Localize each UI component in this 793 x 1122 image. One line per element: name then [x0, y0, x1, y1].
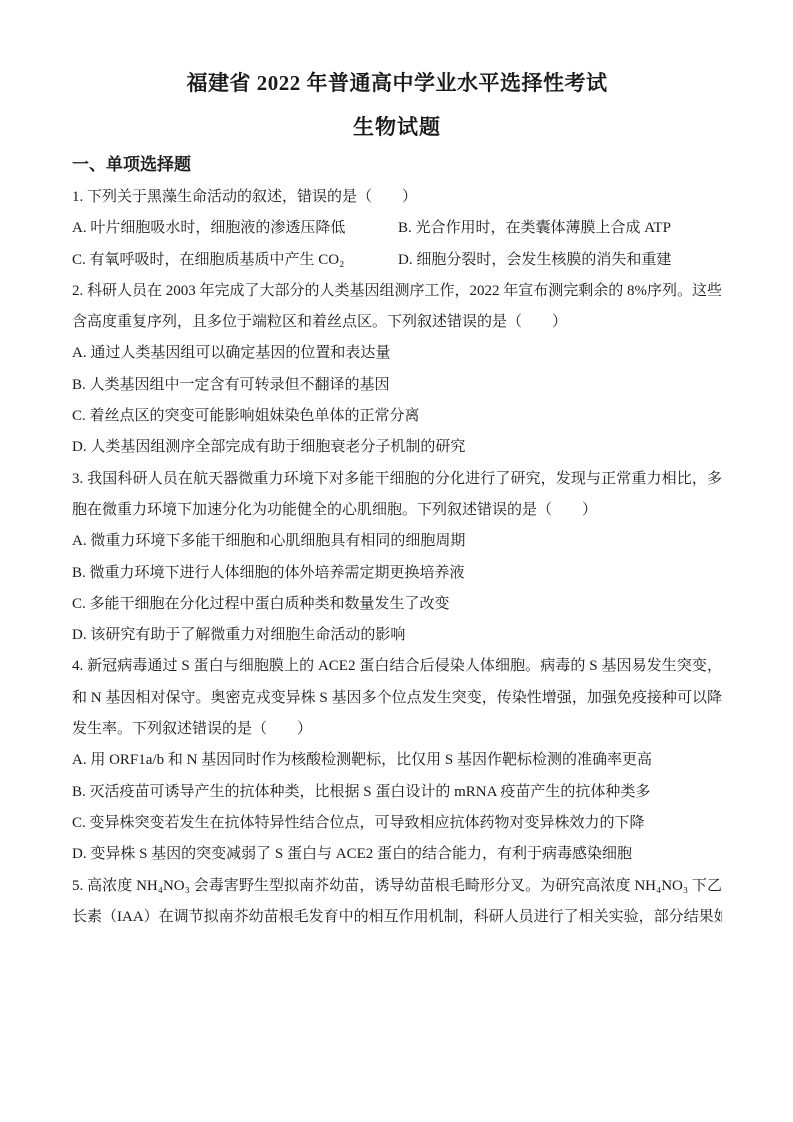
- exam-title: 福建省 2022 年普通高中学业水平选择性考试: [72, 0, 722, 97]
- question-2-stem-line-2: 含高度重复序列，且多位于端粒区和着丝点区。下列叙述错误的是（ ）: [72, 307, 722, 338]
- question-3-stem-line-2: 胞在微重力环境下加速分化为功能健全的心肌细胞。下列叙述错误的是（ ）: [72, 495, 722, 526]
- question-3-stem-line-1: 3. 我国科研人员在航天器微重力环境下对多能干细胞的分化进行了研究，发现与正常重…: [72, 464, 722, 495]
- question-4-option-b: B. 灭活疫苗可诱导产生的抗体种类，比根据 S 蛋白设计的 mRNA 疫苗产生的…: [72, 777, 722, 808]
- question-4-option-a: A. 用 ORF1a/b 和 N 基因同时作为核酸检测靶标，比仅用 S 基因作靶…: [72, 745, 722, 776]
- question-5-stem-line-2: 长素（IAA）在调节拟南芥幼苗根毛发育中的相互作用机制，科研人员进行了相关实验，…: [72, 902, 722, 933]
- question-1-option-a: A. 叶片细胞吸水时，细胞液的渗透压降低: [72, 213, 398, 244]
- question-2-option-c: C. 着丝点区的突变可能影响姐妹染色单体的正常分离: [72, 401, 722, 432]
- question-4-stem-line-2: 和 N 基因相对保守。奥密克戎变异株 S 基因多个位点发生突变，传染性增强，加强…: [72, 683, 722, 714]
- question-3-option-a: A. 微重力环境下多能干细胞和心肌细胞具有相同的细胞周期: [72, 526, 722, 557]
- question-2: 2. 科研人员在 2003 年完成了大部分的人类基因组测序工作，2022 年宣布…: [72, 276, 722, 464]
- question-1: 1. 下列关于黑藻生命活动的叙述，错误的是（ ） A. 叶片细胞吸水时，细胞液的…: [72, 182, 722, 276]
- page-content: 福建省 2022 年普通高中学业水平选择性考试 生物试题 一、单项选择题 1. …: [0, 0, 793, 933]
- questions-body: 1. 下列关于黑藻生命活动的叙述，错误的是（ ） A. 叶片细胞吸水时，细胞液的…: [72, 182, 722, 933]
- question-3-option-d: D. 该研究有助于了解微重力对细胞生命活动的影响: [72, 620, 722, 651]
- question-1-options-row-1: A. 叶片细胞吸水时，细胞液的渗透压降低 B. 光合作用时，在类囊体薄膜上合成 …: [72, 213, 722, 244]
- section-heading: 一、单项选择题: [72, 154, 722, 176]
- question-4-option-d: D. 变异株 S 基因的突变减弱了 S 蛋白与 ACE2 蛋白的结合能力，有利于…: [72, 839, 722, 870]
- question-1-option-c: C. 有氧呼吸时，在细胞质基质中产生 CO₂: [72, 245, 398, 276]
- question-1-option-d: D. 细胞分裂时，会发生核膜的消失和重建: [398, 245, 722, 276]
- question-1-option-b: B. 光合作用时，在类囊体薄膜上合成 ATP: [398, 213, 722, 244]
- question-1-stem: 1. 下列关于黑藻生命活动的叙述，错误的是（ ）: [72, 182, 722, 213]
- question-1-options-row-2: C. 有氧呼吸时，在细胞质基质中产生 CO₂ D. 细胞分裂时，会发生核膜的消失…: [72, 245, 722, 276]
- question-4-stem-line-3: 发生率。下列叙述错误的是（ ）: [72, 714, 722, 745]
- question-3-option-b: B. 微重力环境下进行人体细胞的体外培养需定期更换培养液: [72, 558, 722, 589]
- question-4-option-c: C. 变异株突变若发生在抗体特异性结合位点，可导致相应抗体药物对变异株效力的下降: [72, 808, 722, 839]
- question-5: 5. 高浓度 NH₄NO₃ 会毒害野生型拟南芥幼苗，诱导幼苗根毛畸形分叉。为研究…: [72, 871, 722, 934]
- question-2-option-b: B. 人类基因组中一定含有可转录但不翻译的基因: [72, 370, 722, 401]
- question-5-stem-line-1: 5. 高浓度 NH₄NO₃ 会毒害野生型拟南芥幼苗，诱导幼苗根毛畸形分叉。为研究…: [72, 871, 722, 902]
- question-3-option-c: C. 多能干细胞在分化过程中蛋白质种类和数量发生了改变: [72, 589, 722, 620]
- question-2-stem-line-1: 2. 科研人员在 2003 年完成了大部分的人类基因组测序工作，2022 年宣布…: [72, 276, 722, 307]
- question-2-option-a: A. 通过人类基因组可以确定基因的位置和表达量: [72, 338, 722, 369]
- exam-subtitle: 生物试题: [72, 114, 722, 141]
- exam-page: 福建省 2022 年普通高中学业水平选择性考试 生物试题 一、单项选择题 1. …: [0, 0, 793, 1122]
- question-4-stem-line-1: 4. 新冠病毒通过 S 蛋白与细胞膜上的 ACE2 蛋白结合后侵染人体细胞。病毒…: [72, 651, 722, 682]
- question-3: 3. 我国科研人员在航天器微重力环境下对多能干细胞的分化进行了研究，发现与正常重…: [72, 464, 722, 652]
- question-4: 4. 新冠病毒通过 S 蛋白与细胞膜上的 ACE2 蛋白结合后侵染人体细胞。病毒…: [72, 651, 722, 870]
- question-2-option-d: D. 人类基因组测序全部完成有助于细胞衰老分子机制的研究: [72, 432, 722, 463]
